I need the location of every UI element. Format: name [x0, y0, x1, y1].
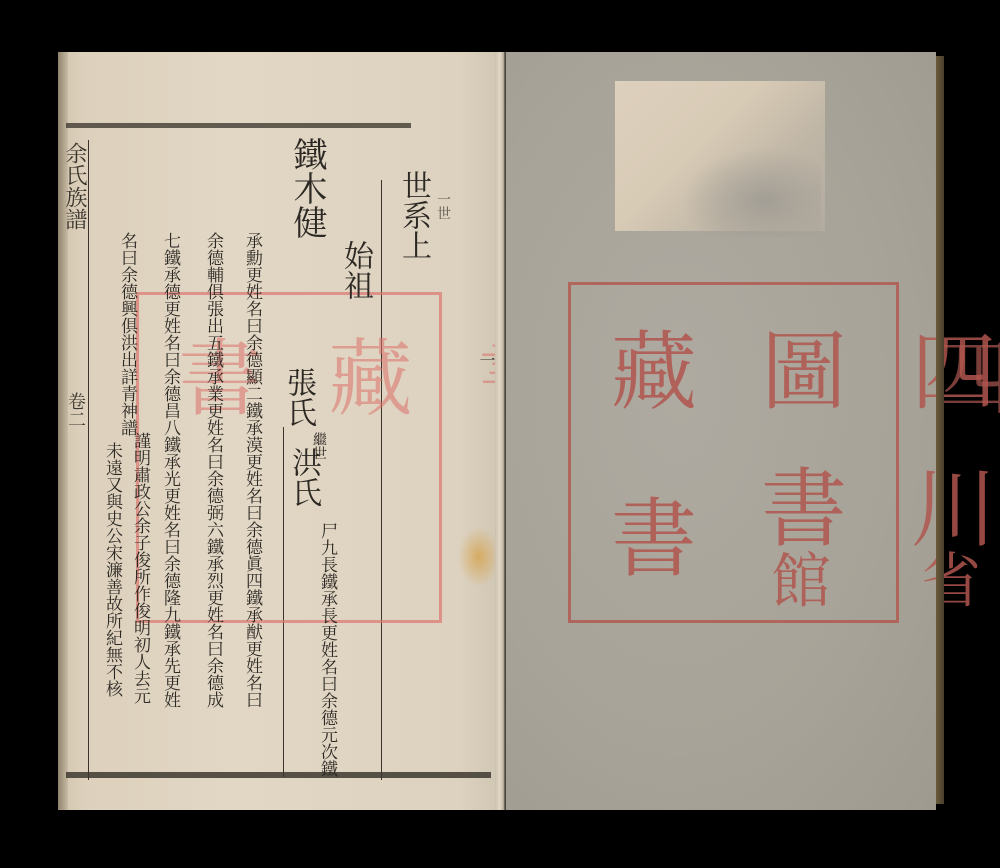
seal-char-guan: 館 — [721, 549, 871, 609]
bottom-border-rule — [66, 772, 491, 778]
left-page: 藏書 圖書 四川 館 省 四川省圖書館藏書 余氏族譜 卷二 一 世系上 一世 始… — [58, 52, 503, 810]
seal-char-tu: 圖 — [721, 326, 871, 412]
text-column-5: 名曰余德興俱洪出詳青神譜 — [118, 232, 135, 436]
label-discoloration — [681, 147, 821, 237]
page-number: 一 — [478, 352, 494, 368]
seal-col-middle-b: 書館 — [721, 453, 871, 621]
seal-col-middle: 圖 — [721, 285, 871, 453]
library-seal-right: 藏 圖 四 書 書館 川省 — [568, 282, 899, 623]
margin-volume: 卷二 — [66, 392, 84, 428]
founder-wife-2: 洪氏 — [288, 447, 318, 507]
open-book: 藏書 圖書 四川 館 省 四川省圖書館藏書 余氏族譜 卷二 一 世系上 一世 始… — [58, 52, 944, 810]
margin-rule — [88, 140, 89, 780]
top-border-rule — [66, 123, 411, 128]
heading-annotation: 一世 — [436, 192, 450, 220]
seal-col-left-b: 書 — [571, 453, 721, 621]
seal-char-shu: 書 — [721, 463, 871, 549]
text-column-6: 謹明肅政公余子俊所作俊明初人去元 — [131, 432, 148, 704]
founder-name: 鐵木健 — [290, 137, 324, 239]
text-column-4: 七鐵承德更姓名曰余德昌八鐵承光更姓名曰余德隆九鐵承先更姓 — [161, 232, 178, 708]
text-column-1: 尸九長鐵承長更姓名曰余德元次鐵 — [318, 522, 335, 777]
book-fore-edge — [936, 56, 944, 804]
founder-wife-1: 張氏 — [283, 367, 313, 427]
seal-char-shu-2: 書 — [571, 493, 721, 579]
text-column-3: 余德輔俱張出五鐵承業更姓名曰余德弼六鐵承烈更姓名曰余德成 — [204, 232, 221, 708]
text-column-7: 未遠又與史公宋濂善故所紀無不核 — [103, 442, 120, 697]
seal-char-cang: 藏 — [571, 326, 721, 412]
water-stain — [458, 527, 500, 587]
seal-col-left: 藏 — [571, 285, 721, 453]
founder-label: 始祖 — [340, 240, 370, 300]
section-heading: 世系上 — [398, 170, 428, 260]
text-column-2: 承勳更姓名曰余德顯二鐵承漠更姓名曰余德眞四鐵承猷更姓名曰 — [243, 232, 260, 708]
right-page-cover: 藏 圖 四 書 書館 川省 四川省圖書館藏書 — [506, 52, 936, 810]
margin-title: 余氏族譜 — [63, 142, 85, 230]
